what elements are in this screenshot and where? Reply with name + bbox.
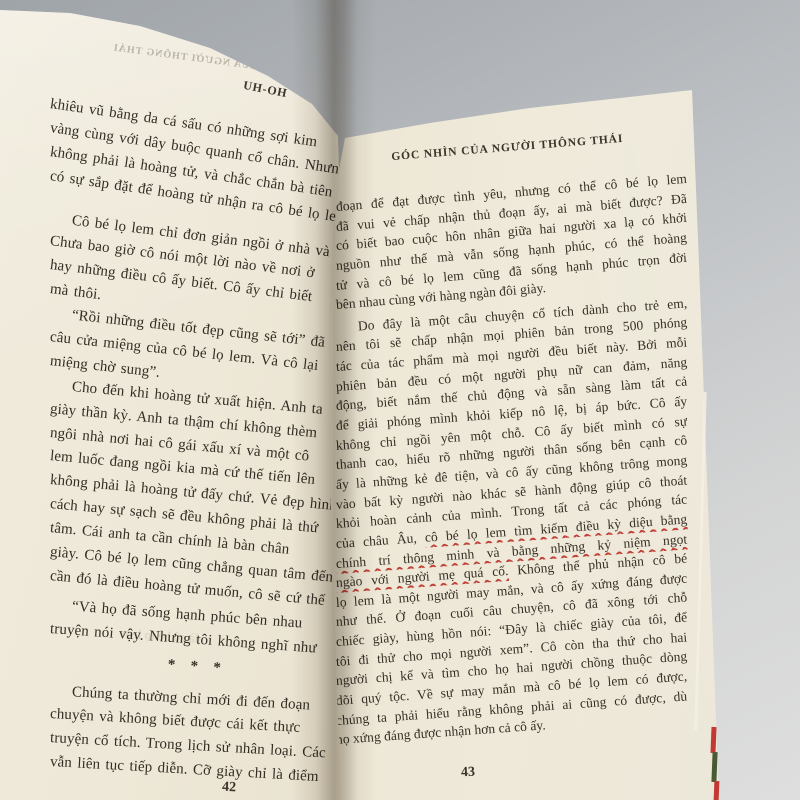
page-number-left: 42 xyxy=(222,780,237,797)
paragraph: Do đây là một câu chuyện cổ tích dành ch… xyxy=(336,318,688,750)
show-through-text: GÓC NHÌN CỦA NGƯỜI THÔNG THÁI xyxy=(112,42,320,80)
right-page-text: đoạn để đạt được tình yêu, nhưng có thể … xyxy=(336,197,688,750)
paragraph: Cho đến khi hoàng tử xuất hiện. Anh tagi… xyxy=(50,374,356,589)
book-photo: GÓC NHÌN CỦA NGƯỜI THÔNG THÁI là cô bé l… xyxy=(0,0,800,800)
paragraph: Chúng ta thường chỉ mới đi đến đoạnchuyệ… xyxy=(50,680,356,776)
paragraph: khiêu vũ bằng da cá sấu có những sợi kim… xyxy=(50,93,356,189)
left-page-text: khiêu vũ bằng da cá sấu có những sợi kim… xyxy=(50,93,356,775)
page-number-right: 43 xyxy=(461,765,476,781)
running-header-right: GÓC NHÌN CỦA NGƯỜI THÔNG THÁI xyxy=(391,133,624,163)
